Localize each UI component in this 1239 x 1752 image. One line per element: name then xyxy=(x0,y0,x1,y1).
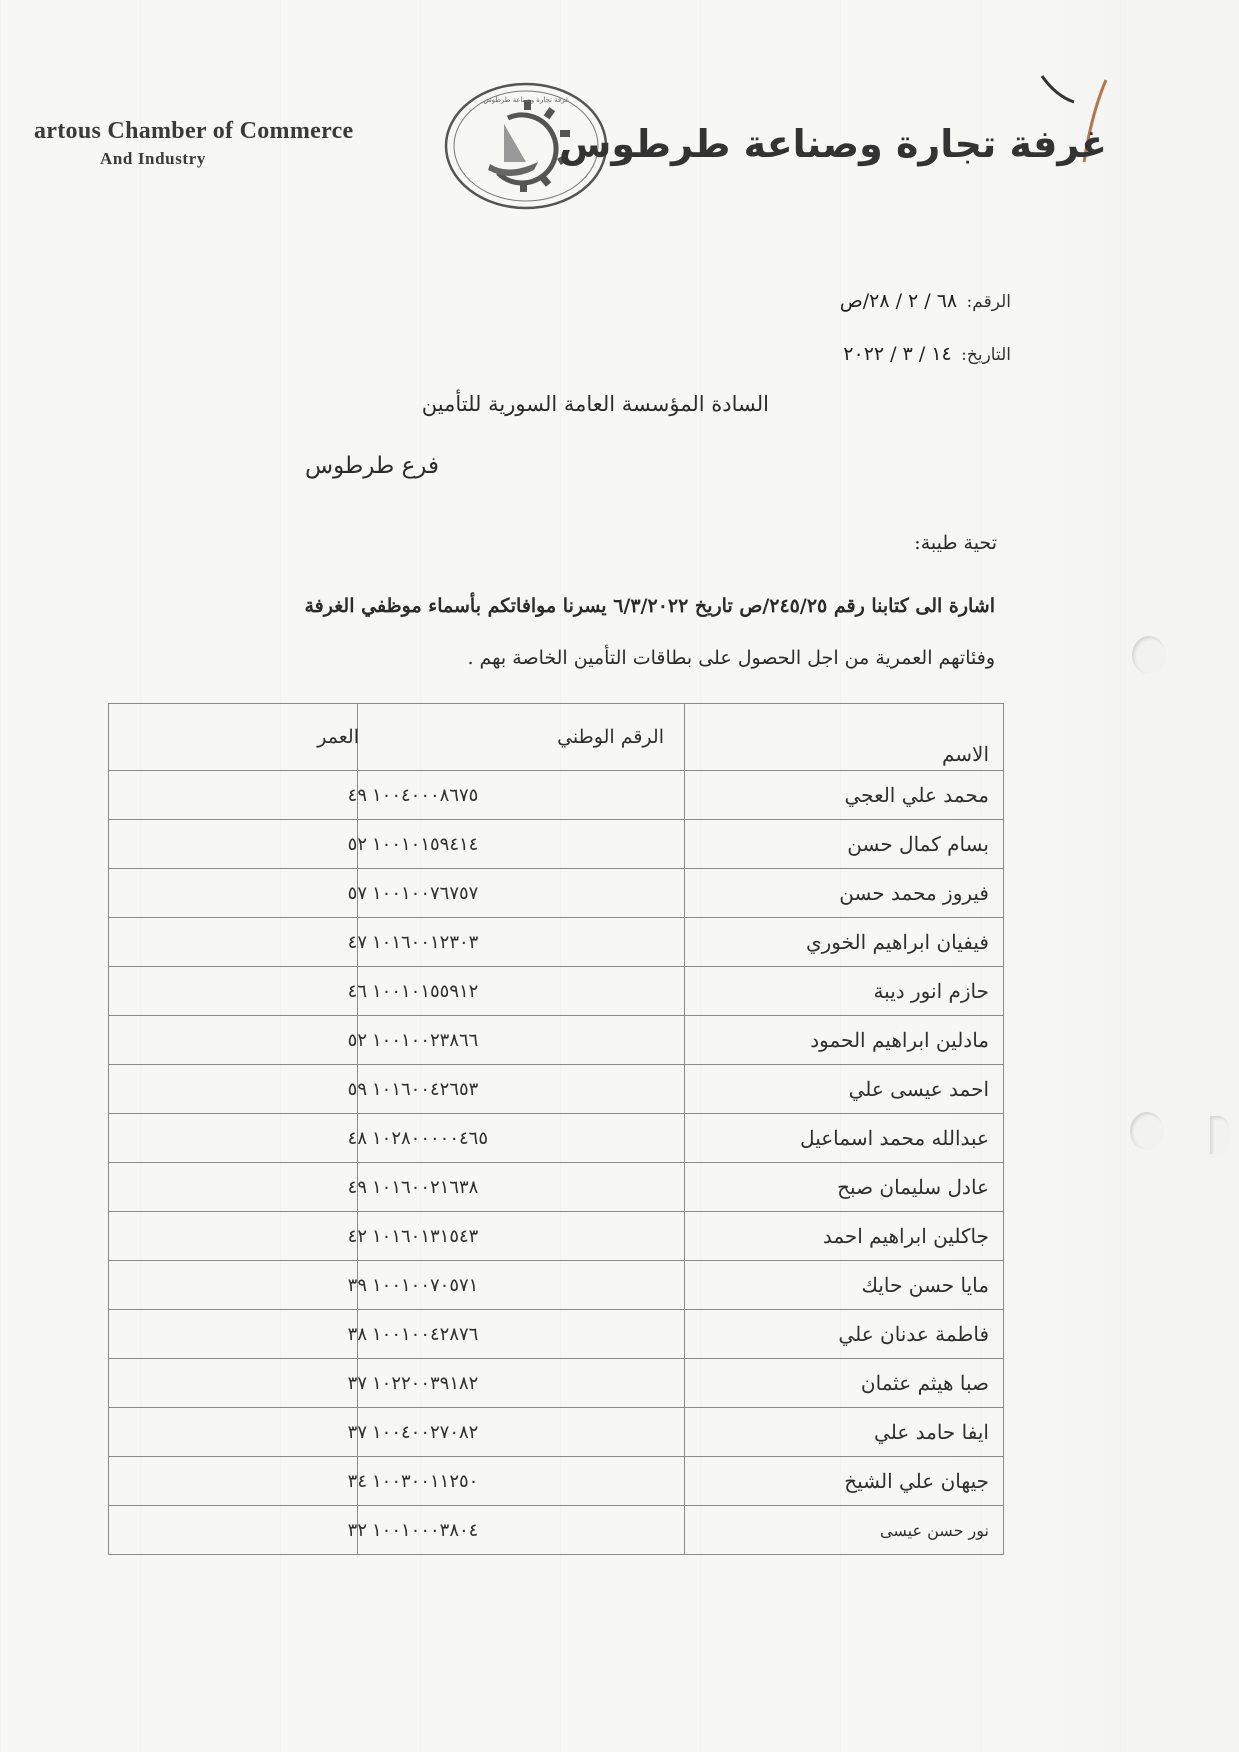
cell-name: مايا حسن حايك xyxy=(685,1261,1004,1310)
table-row: مادلين ابراهيم الحمود ١٠٠١٠٠٢٣٨٦٦ ٥٢ xyxy=(109,1016,1004,1065)
punch-hole xyxy=(1130,1112,1164,1150)
cell-name: عادل سليمان صبح xyxy=(685,1163,1004,1212)
svg-text:غرفة تجارة وصناعة طرطوس: غرفة تجارة وصناعة طرطوس xyxy=(483,96,569,104)
table-header-row: الاسم الرقم الوطني العمر xyxy=(109,704,1004,771)
cell-age: ٤٩ xyxy=(109,1163,358,1212)
english-letterhead-line2: And Industry xyxy=(34,149,414,169)
cell-name: صبا هيثم عثمان xyxy=(685,1359,1004,1408)
cell-national-id: ١٠٠٤٠٠٠٨٦٧٥ xyxy=(358,771,685,820)
reference-label: الرقم: xyxy=(967,292,1011,312)
cell-age: ٤٧ xyxy=(109,918,358,967)
body-paragraph-line1: اشارة الى كتابنا رقم ٢٤٥/٢٥/ص تاريخ ٦/٣/… xyxy=(305,595,996,617)
table-row: فيروز محمد حسن ١٠٠١٠٠٧٦٧٥٧ ٥٧ xyxy=(109,869,1004,918)
letter-date: التاريخ: ١٤ / ٣ / ٢٠٢٢ xyxy=(843,343,1011,365)
cell-name: مادلين ابراهيم الحمود xyxy=(685,1016,1004,1065)
cell-name: جاكلين ابراهيم احمد xyxy=(685,1212,1004,1261)
cell-age: ٥٩ xyxy=(109,1065,358,1114)
cell-name: جيهان علي الشيخ xyxy=(685,1457,1004,1506)
cell-national-id: ١٠١٦٠١٣١٥٤٣ xyxy=(358,1212,685,1261)
cell-age: ٣٤ xyxy=(109,1457,358,1506)
english-letterhead: artous Chamber of Commerce And Industry xyxy=(34,118,414,169)
reference-number: الرقم: ٦٨ / ٢ / ٢٨/ص xyxy=(840,290,1011,312)
reference-value: ٦٨ / ٢ / ٢٨/ص xyxy=(840,290,957,312)
table-row: جاكلين ابراهيم احمد ١٠١٦٠١٣١٥٤٣ ٤٢ xyxy=(109,1212,1004,1261)
cell-name: نور حسن عيسى xyxy=(685,1506,1004,1555)
cell-national-id: ١٠٠١٠٠٢٣٨٦٦ xyxy=(358,1016,685,1065)
header-national-id: الرقم الوطني xyxy=(358,704,685,771)
table-row: عادل سليمان صبح ١٠١٦٠٠٢١٦٣٨ ٤٩ xyxy=(109,1163,1004,1212)
greeting: تحية طيبة: xyxy=(914,532,997,554)
cell-age: ٤٩ xyxy=(109,771,358,820)
date-label: التاريخ: xyxy=(961,345,1011,365)
cell-age: ٥٧ xyxy=(109,869,358,918)
cell-age: ٣٩ xyxy=(109,1261,358,1310)
cell-national-id: ١٠٢٨٠٠٠٠٠٤٦٥ xyxy=(358,1114,685,1163)
cell-national-id: ١٠٠١٠٠٤٢٨٧٦ xyxy=(358,1310,685,1359)
cell-name: حازم انور ديبة xyxy=(685,967,1004,1016)
table-row: محمد علي العجي ١٠٠٤٠٠٠٨٦٧٥ ٤٩ xyxy=(109,771,1004,820)
cell-age: ٣٢ xyxy=(109,1506,358,1555)
date-value: ١٤ / ٣ / ٢٠٢٢ xyxy=(843,343,951,365)
cell-age: ٣٧ xyxy=(109,1408,358,1457)
cell-national-id: ١٠٢٢٠٠٣٩١٨٢ xyxy=(358,1359,685,1408)
cell-age: ٣٨ xyxy=(109,1310,358,1359)
scanned-letter-page: artous Chamber of Commerce And Industry … xyxy=(0,0,1239,1752)
table-row: حازم انور ديبة ١٠٠١٠١٥٥٩١٢ ٤٦ xyxy=(109,967,1004,1016)
cell-age: ٣٧ xyxy=(109,1359,358,1408)
cell-name: محمد علي العجي xyxy=(685,771,1004,820)
cell-name: ايفا حامد علي xyxy=(685,1408,1004,1457)
table-row: عبدالله محمد اسماعيل ١٠٢٨٠٠٠٠٠٤٦٥ ٤٨ xyxy=(109,1114,1004,1163)
table-row: فيفيان ابراهيم الخوري ١٠١٦٠٠١٢٣٠٣ ٤٧ xyxy=(109,918,1004,967)
header-name: الاسم xyxy=(685,704,1004,771)
table-row: فاطمة عدنان علي ١٠٠١٠٠٤٢٨٧٦ ٣٨ xyxy=(109,1310,1004,1359)
cell-name: احمد عيسى علي xyxy=(685,1065,1004,1114)
addressee-branch: فرع طرطوس xyxy=(305,453,439,479)
cell-age: ٥٢ xyxy=(109,820,358,869)
cell-age: ٤٢ xyxy=(109,1212,358,1261)
punch-hole xyxy=(1210,1116,1230,1154)
header-age: العمر xyxy=(109,704,358,771)
cell-national-id: ١٠١٦٠٠١٢٣٠٣ xyxy=(358,918,685,967)
cell-age: ٤٨ xyxy=(109,1114,358,1163)
cell-name: عبدالله محمد اسماعيل xyxy=(685,1114,1004,1163)
table-row: احمد عيسى علي ١٠١٦٠٠٤٢٦٥٣ ٥٩ xyxy=(109,1065,1004,1114)
employees-table: الاسم الرقم الوطني العمر محمد علي العجي … xyxy=(108,703,1004,1555)
cell-national-id: ١٠٠٤٠٠٢٧٠٨٢ xyxy=(358,1408,685,1457)
cell-national-id: ١٠٠٣٠٠١١٢٥٠ xyxy=(358,1457,685,1506)
cell-national-id: ١٠٠١٠٠٠٣٨٠٤ xyxy=(358,1506,685,1555)
table-row: بسام كمال حسن ١٠٠١٠١٥٩٤١٤ ٥٢ xyxy=(109,820,1004,869)
table-row: نور حسن عيسى ١٠٠١٠٠٠٣٨٠٤ ٣٢ xyxy=(109,1506,1004,1555)
table-row: مايا حسن حايك ١٠٠١٠٠٧٠٥٧١ ٣٩ xyxy=(109,1261,1004,1310)
punch-hole xyxy=(1132,636,1166,674)
cell-national-id: ١٠٠١٠١٥٥٩١٢ xyxy=(358,967,685,1016)
english-letterhead-line1: artous Chamber of Commerce xyxy=(34,118,414,145)
cell-name: فيفيان ابراهيم الخوري xyxy=(685,918,1004,967)
cell-national-id: ١٠١٦٠٠٢١٦٣٨ xyxy=(358,1163,685,1212)
cell-age: ٤٦ xyxy=(109,967,358,1016)
cell-national-id: ١٠٠١٠١٥٩٤١٤ xyxy=(358,820,685,869)
body-paragraph-line2: وفئاتهم العمرية من اجل الحصول على بطاقات… xyxy=(467,647,995,669)
table-row: صبا هيثم عثمان ١٠٢٢٠٠٣٩١٨٢ ٣٧ xyxy=(109,1359,1004,1408)
cell-age: ٥٢ xyxy=(109,1016,358,1065)
cell-national-id: ١٠١٦٠٠٤٢٦٥٣ xyxy=(358,1065,685,1114)
cell-name: فاطمة عدنان علي xyxy=(685,1310,1004,1359)
table-row: جيهان علي الشيخ ١٠٠٣٠٠١١٢٥٠ ٣٤ xyxy=(109,1457,1004,1506)
arabic-letterhead-title: غرفة تجارة وصناعة طرطوس xyxy=(559,122,1107,166)
table-row: ايفا حامد علي ١٠٠٤٠٠٢٧٠٨٢ ٣٧ xyxy=(109,1408,1004,1457)
cell-national-id: ١٠٠١٠٠٧٦٧٥٧ xyxy=(358,869,685,918)
cell-name: بسام كمال حسن xyxy=(685,820,1004,869)
cell-name: فيروز محمد حسن xyxy=(685,869,1004,918)
addressee-organization: السادة المؤسسة العامة السورية للتأمين xyxy=(422,392,769,416)
cell-national-id: ١٠٠١٠٠٧٠٥٧١ xyxy=(358,1261,685,1310)
